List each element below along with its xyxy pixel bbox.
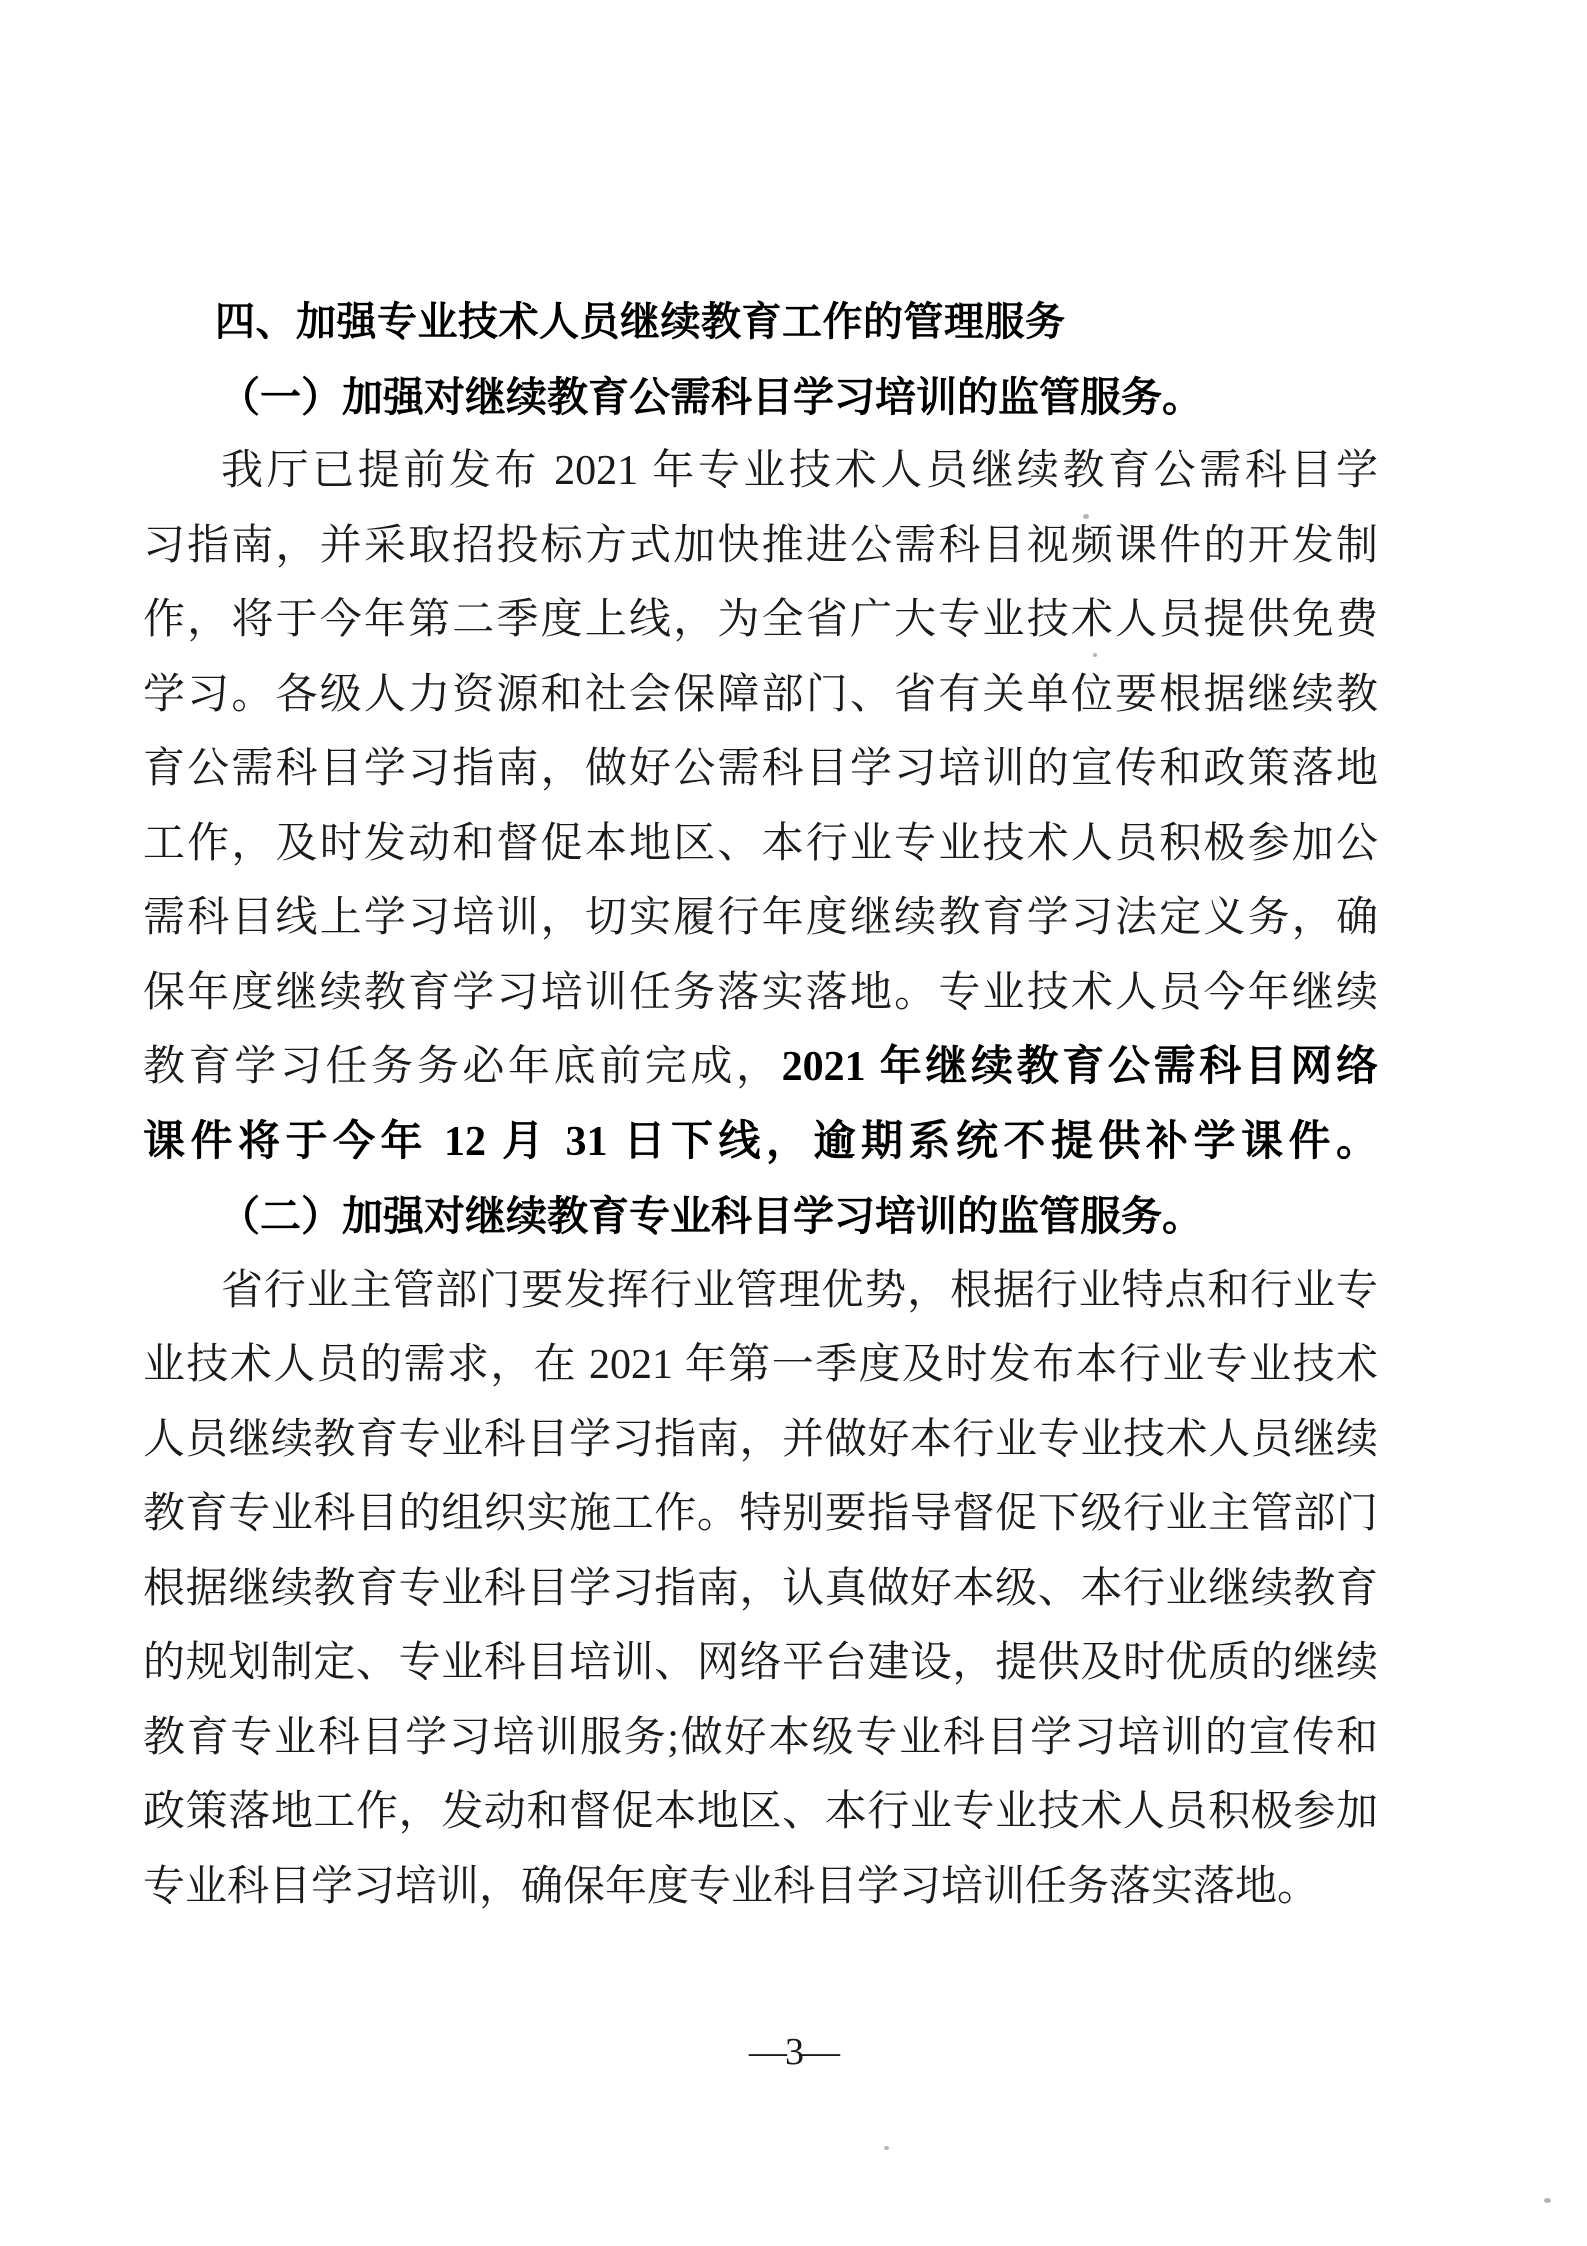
scan-noise-speck: [1093, 653, 1097, 657]
body-text-run: 教育专业科目的组织实施工作。特别要指导督促下级行业主管部门: [143, 1491, 1378, 1537]
body-text-run: 保年度继续教育学习培训任务落实落地。专业技术人员今年继续: [143, 970, 1378, 1016]
text-line: 教育学习任务务必年底前完成，2021 年继续教育公需科目网络: [143, 1030, 1378, 1105]
body-text-run: 需科目线上学习培训，切实履行年度继续教育学习法定义务，确: [143, 895, 1378, 941]
scan-noise-speck: [1083, 514, 1089, 519]
body-text-run: 人员继续教育专业科目学习指南，并做好本行业专业技术人员继续: [143, 1417, 1378, 1463]
document-body: （一）加强对继续教育公需科目学习培训的监管服务。我厅已提前发布 2021 年专业…: [143, 360, 1378, 1925]
body-text-run: 育公需科目学习指南，做好公需科目学习培训的宣传和政策落地: [143, 746, 1378, 792]
text-line: 育公需科目学习指南，做好公需科目学习培训的宣传和政策落地: [143, 732, 1378, 807]
body-text-run: 教育专业科目学习培训服务;做好本级专业科目学习培训的宣传和: [143, 1715, 1378, 1761]
text-line: 政策落地工作，发动和督促本地区、本行业专业技术人员积极参加: [143, 1775, 1378, 1850]
section-heading: （一）加强对继续教育公需科目学习培训的监管服务。: [143, 360, 1378, 435]
body-text-run: 省行业主管部门要发挥行业管理优势，根据行业特点和行业专: [221, 1268, 1378, 1314]
text-line: 学习。各级人力资源和社会保障部门、省有关单位要根据继续教: [143, 658, 1378, 733]
text-line: 的规划制定、专业科目培训、网络平台建设，提供及时优质的继续: [143, 1626, 1378, 1701]
bold-text-run: 2021 年继续教育公需科目网络: [782, 1044, 1378, 1090]
text-line: 人员继续教育专业科目学习指南，并做好本行业专业技术人员继续: [143, 1403, 1378, 1478]
text-line: 省行业主管部门要发挥行业管理优势，根据行业特点和行业专: [143, 1254, 1378, 1329]
text-line: 课件将于今年 12 月 31 日下线，逾期系统不提供补学课件。: [143, 1105, 1378, 1180]
scan-noise-speck: [884, 2146, 889, 2150]
main-heading: 四、加强专业技术人员继续教育工作的管理服务: [143, 285, 1378, 360]
body-text-run: 我厅已提前发布 2021 年专业技术人员继续教育公需科目学: [221, 448, 1378, 494]
body-text-run: 习指南，并采取招投标方式加快推进公需科目视频课件的开发制: [143, 523, 1378, 569]
body-text-run: 教育学习任务务必年底前完成，: [143, 1044, 782, 1090]
body-text-run: 学习。各级人力资源和社会保障部门、省有关单位要根据继续教: [143, 672, 1378, 718]
text-line: 习指南，并采取招投标方式加快推进公需科目视频课件的开发制: [143, 509, 1378, 584]
text-line: 专业科目学习培训，确保年度专业科目学习培训任务落实落地。: [143, 1850, 1378, 1925]
body-text-run: 专业科目学习培训，确保年度专业科目学习培训任务落实落地。: [143, 1864, 1319, 1910]
text-line: 教育专业科目的组织实施工作。特别要指导督促下级行业主管部门: [143, 1477, 1378, 1552]
body-text-run: 业技术人员的需求，在 2021 年第一季度及时发布本行业专业技术: [143, 1342, 1378, 1388]
section-heading: （二）加强对继续教育专业科目学习培训的监管服务。: [143, 1179, 1378, 1254]
text-line: 业技术人员的需求，在 2021 年第一季度及时发布本行业专业技术: [143, 1328, 1378, 1403]
text-line: 作，将于今年第二季度上线，为全省广大专业技术人员提供免费: [143, 583, 1378, 658]
text-line: 保年度继续教育学习培训任务落实落地。专业技术人员今年继续: [143, 956, 1378, 1031]
text-line: 我厅已提前发布 2021 年专业技术人员继续教育公需科目学: [143, 434, 1378, 509]
text-line: 工作，及时发动和督促本地区、本行业专业技术人员积极参加公: [143, 807, 1378, 882]
text-line: 教育专业科目学习培训服务;做好本级专业科目学习培训的宣传和: [143, 1701, 1378, 1776]
body-text-run: 工作，及时发动和督促本地区、本行业专业技术人员积极参加公: [143, 821, 1378, 867]
body-text-run: 政策落地工作，发动和督促本地区、本行业专业技术人员积极参加: [143, 1789, 1378, 1835]
text-line: 根据继续教育专业科目学习指南，认真做好本级、本行业继续教育: [143, 1552, 1378, 1627]
document-page: 四、加强专业技术人员继续教育工作的管理服务 （一）加强对继续教育公需科目学习培训…: [0, 0, 1587, 2246]
section: （一）加强对继续教育公需科目学习培训的监管服务。我厅已提前发布 2021 年专业…: [143, 360, 1378, 1180]
text-line: 需科目线上学习培训，切实履行年度继续教育学习法定义务，确: [143, 881, 1378, 956]
page-number: —3—: [0, 2022, 1587, 2082]
document-content: 四、加强专业技术人员继续教育工作的管理服务 （一）加强对继续教育公需科目学习培训…: [143, 285, 1378, 1924]
bold-text-run: 课件将于今年 12 月 31 日下线，逾期系统不提供补学课件。: [143, 1119, 1378, 1165]
body-text-run: 的规划制定、专业科目培训、网络平台建设，提供及时优质的继续: [143, 1640, 1378, 1686]
paragraph: 省行业主管部门要发挥行业管理优势，根据行业特点和行业专业技术人员的需求，在 20…: [143, 1254, 1378, 1925]
body-text-run: 作，将于今年第二季度上线，为全省广大专业技术人员提供免费: [143, 597, 1378, 643]
paragraph: 我厅已提前发布 2021 年专业技术人员继续教育公需科目学习指南，并采取招投标方…: [143, 434, 1378, 1179]
section: （二）加强对继续教育专业科目学习培训的监管服务。省行业主管部门要发挥行业管理优势…: [143, 1179, 1378, 1924]
body-text-run: 根据继续教育专业科目学习指南，认真做好本级、本行业继续教育: [143, 1566, 1378, 1612]
scan-noise-speck: [1544, 2198, 1551, 2203]
